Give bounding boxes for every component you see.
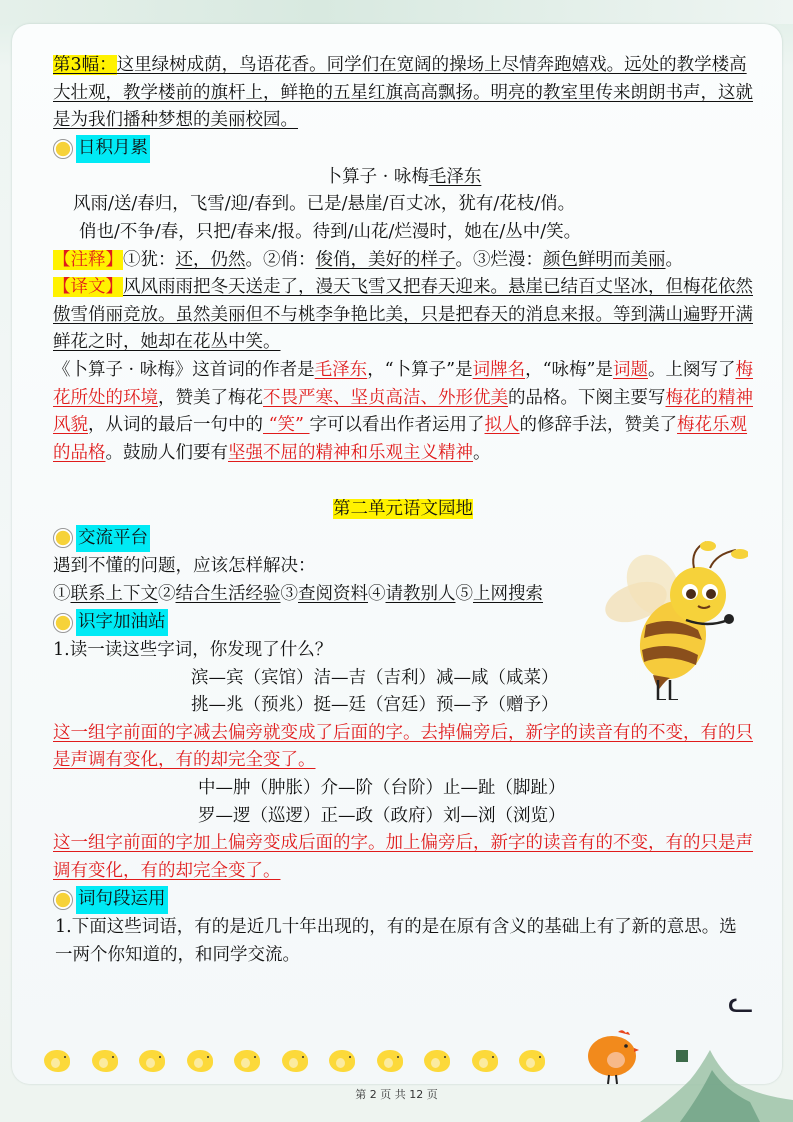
section-heading-text: 识字加油站 [76,609,168,637]
analysis-text: 《卜算子 · 咏梅》这首词的作者是 [53,360,315,380]
chick-illustration [185,1048,217,1076]
ink-mountain-illustration [640,1040,793,1122]
chick-illustration [137,1048,169,1076]
method-text: 请教别人 [386,584,456,604]
note-text: 还，仍然 [176,250,246,270]
page-number: 第 2 页 共 12 页 [0,1086,793,1102]
chick-illustration [42,1048,74,1076]
analysis-text: 。 [473,443,491,463]
answer-1-text: 这一组字前面的字减去偏旁就变成了后面的字。去掉偏旁后，新字的读音有的不变，有的只… [53,723,753,771]
chick-illustration [232,1048,264,1076]
chick-illustration [280,1048,312,1076]
section-heading-text: 词句段运用 [76,886,168,914]
answer-blank: “笑” [263,415,310,435]
method-number: ① [53,584,71,604]
chick-illustration [517,1048,549,1076]
answer-blank: 坚强不屈的精神和乐观主义精神 [228,443,473,463]
analysis-text: ，赞美了梅花 [158,388,263,408]
analysis-text: 。上阕写了 [648,360,736,380]
swallow-illustration: ᓚ [728,985,754,1020]
yellow-circle-bullet-icon [53,890,73,910]
method-text: 查阅资料 [298,584,368,604]
passage-3-label: 第3幅： [53,55,117,75]
hen-illustration [582,1028,640,1086]
word-group-2-line-1: 中—肿（肿胀）介—阶（台阶）止—趾（脚趾） [53,775,753,803]
poem-title: 卜算子 · 咏梅 [325,167,429,187]
notes-label: 【注释】 [53,250,123,270]
ciju-question: 1.下面这些词语，有的是近几十年出现的，有的是在原有含义的基础上有了新的意思。选… [53,914,753,969]
chick-illustration [327,1048,359,1076]
answer-blank: 词题 [613,360,648,380]
method-text: 上网搜索 [473,584,543,604]
yellow-circle-bullet-icon [53,528,73,548]
method-text: 结合生活经验 [176,584,281,604]
note-end: 。 [666,250,684,270]
answer-2: 这一组字前面的字加上偏旁变成后面的字。加上偏旁后，新字的读音有的不变，有的只是声… [53,830,753,885]
note-prefix: 。②俏： [246,250,316,270]
unit-title: 第二单元语文园地 [333,499,473,519]
poem-line-2: 俏也/不争/春，只把/春来/报。待到/山花/烂漫时，她在/丛中/笑。 [53,219,753,247]
section-heading-ciju: 词句段运用 [53,885,753,914]
poem-author: 毛泽东 [429,167,482,187]
method-number: ⑤ [456,584,474,604]
note-text: 俊俏，美好的样子 [316,250,456,270]
answer-blank: 不畏严寒、坚贞高洁、外形优美 [263,388,508,408]
chick-illustration [90,1048,122,1076]
analysis-text: 。鼓励人们要有 [106,443,229,463]
passage-3-text: 这里绿树成荫，鸟语花香。同学们在宽阔的操场上尽情奔跑嬉戏。远处的教学楼高大壮观，… [53,55,753,130]
answer-2-text: 这一组字前面的字加上偏旁变成后面的字。加上偏旁后，新字的读音有的不变，有的只是声… [53,833,753,881]
poem-title-line: 卜算子 · 咏梅毛泽东 [53,164,753,192]
answer-blank: 词牌名 [473,360,526,380]
method-number: ③ [281,584,299,604]
chicks-row [42,1048,549,1076]
method-number: ④ [368,584,386,604]
section-heading-text: 交流平台 [76,525,150,553]
translation-label: 【译文】 [53,277,123,297]
answer-blank: 拟人 [485,415,520,435]
passage-3: 第3幅：这里绿树成荫，鸟语花香。同学们在宽阔的操场上尽情奔跑嬉戏。远处的教学楼高… [53,52,753,135]
analysis-text: 的修辞手法，赞美了 [520,415,678,435]
section-heading-rijiyuelei: 日积月累 [53,135,753,164]
yellow-circle-bullet-icon [53,139,73,159]
method-number: ② [158,584,176,604]
word-group-2-line-2: 罗—逻（巡逻）正—政（政府）刘—浏（浏览） [53,803,753,831]
poem-analysis: 《卜算子 · 咏梅》这首词的作者是毛泽东，“卜算子”是词牌名，“咏梅”是词题。上… [53,357,753,467]
note-prefix: ①犹： [123,250,176,270]
analysis-text: ，“卜算子”是 [367,360,472,380]
analysis-text: ，“咏梅”是 [525,360,613,380]
chick-illustration [375,1048,407,1076]
note-text: 颜色鲜明而美丽 [543,250,666,270]
chick-illustration [470,1048,502,1076]
yellow-circle-bullet-icon [53,613,73,633]
section-heading-text: 日积月累 [76,135,150,163]
bee-illustration [598,540,748,700]
poem-line-1: 风雨/送/春归，飞雪/迎/春到。已是/悬崖/百丈冰，犹有/花枝/俏。 [53,191,753,219]
method-text: 联系上下文 [71,584,159,604]
top-background-band [0,0,793,24]
note-prefix: 。③烂漫： [456,250,544,270]
chick-illustration [422,1048,454,1076]
poem-notes: 【注释】①犹：还，仍然。②俏：俊俏，美好的样子。③烂漫：颜色鲜明而美丽。 [53,247,753,275]
unit-title-line: 第二单元语文园地 [53,496,753,524]
spacer [53,467,753,494]
answer-1: 这一组字前面的字减去偏旁就变成了后面的字。去掉偏旁后，新字的读音有的不变，有的只… [53,720,753,775]
page-content: 第3幅：这里绿树成荫，鸟语花香。同学们在宽阔的操场上尽情奔跑嬉戏。远处的教学楼高… [53,52,753,970]
translation-text: 风风雨雨把冬天送走了，漫天飞雪又把春天迎来。悬崖已结百丈坚冰，但梅花依然傲雪俏丽… [53,277,753,352]
answer-blank: 毛泽东 [315,360,368,380]
analysis-text: 字可以看出作者运用了 [310,415,485,435]
analysis-text: 的品格。下阕主要写 [508,388,666,408]
poem-translation: 【译文】风风雨雨把冬天送走了，漫天飞雪又把春天迎来。悬崖已结百丈坚冰，但梅花依然… [53,274,753,357]
analysis-text: ，从词的最后一句中的 [88,415,263,435]
